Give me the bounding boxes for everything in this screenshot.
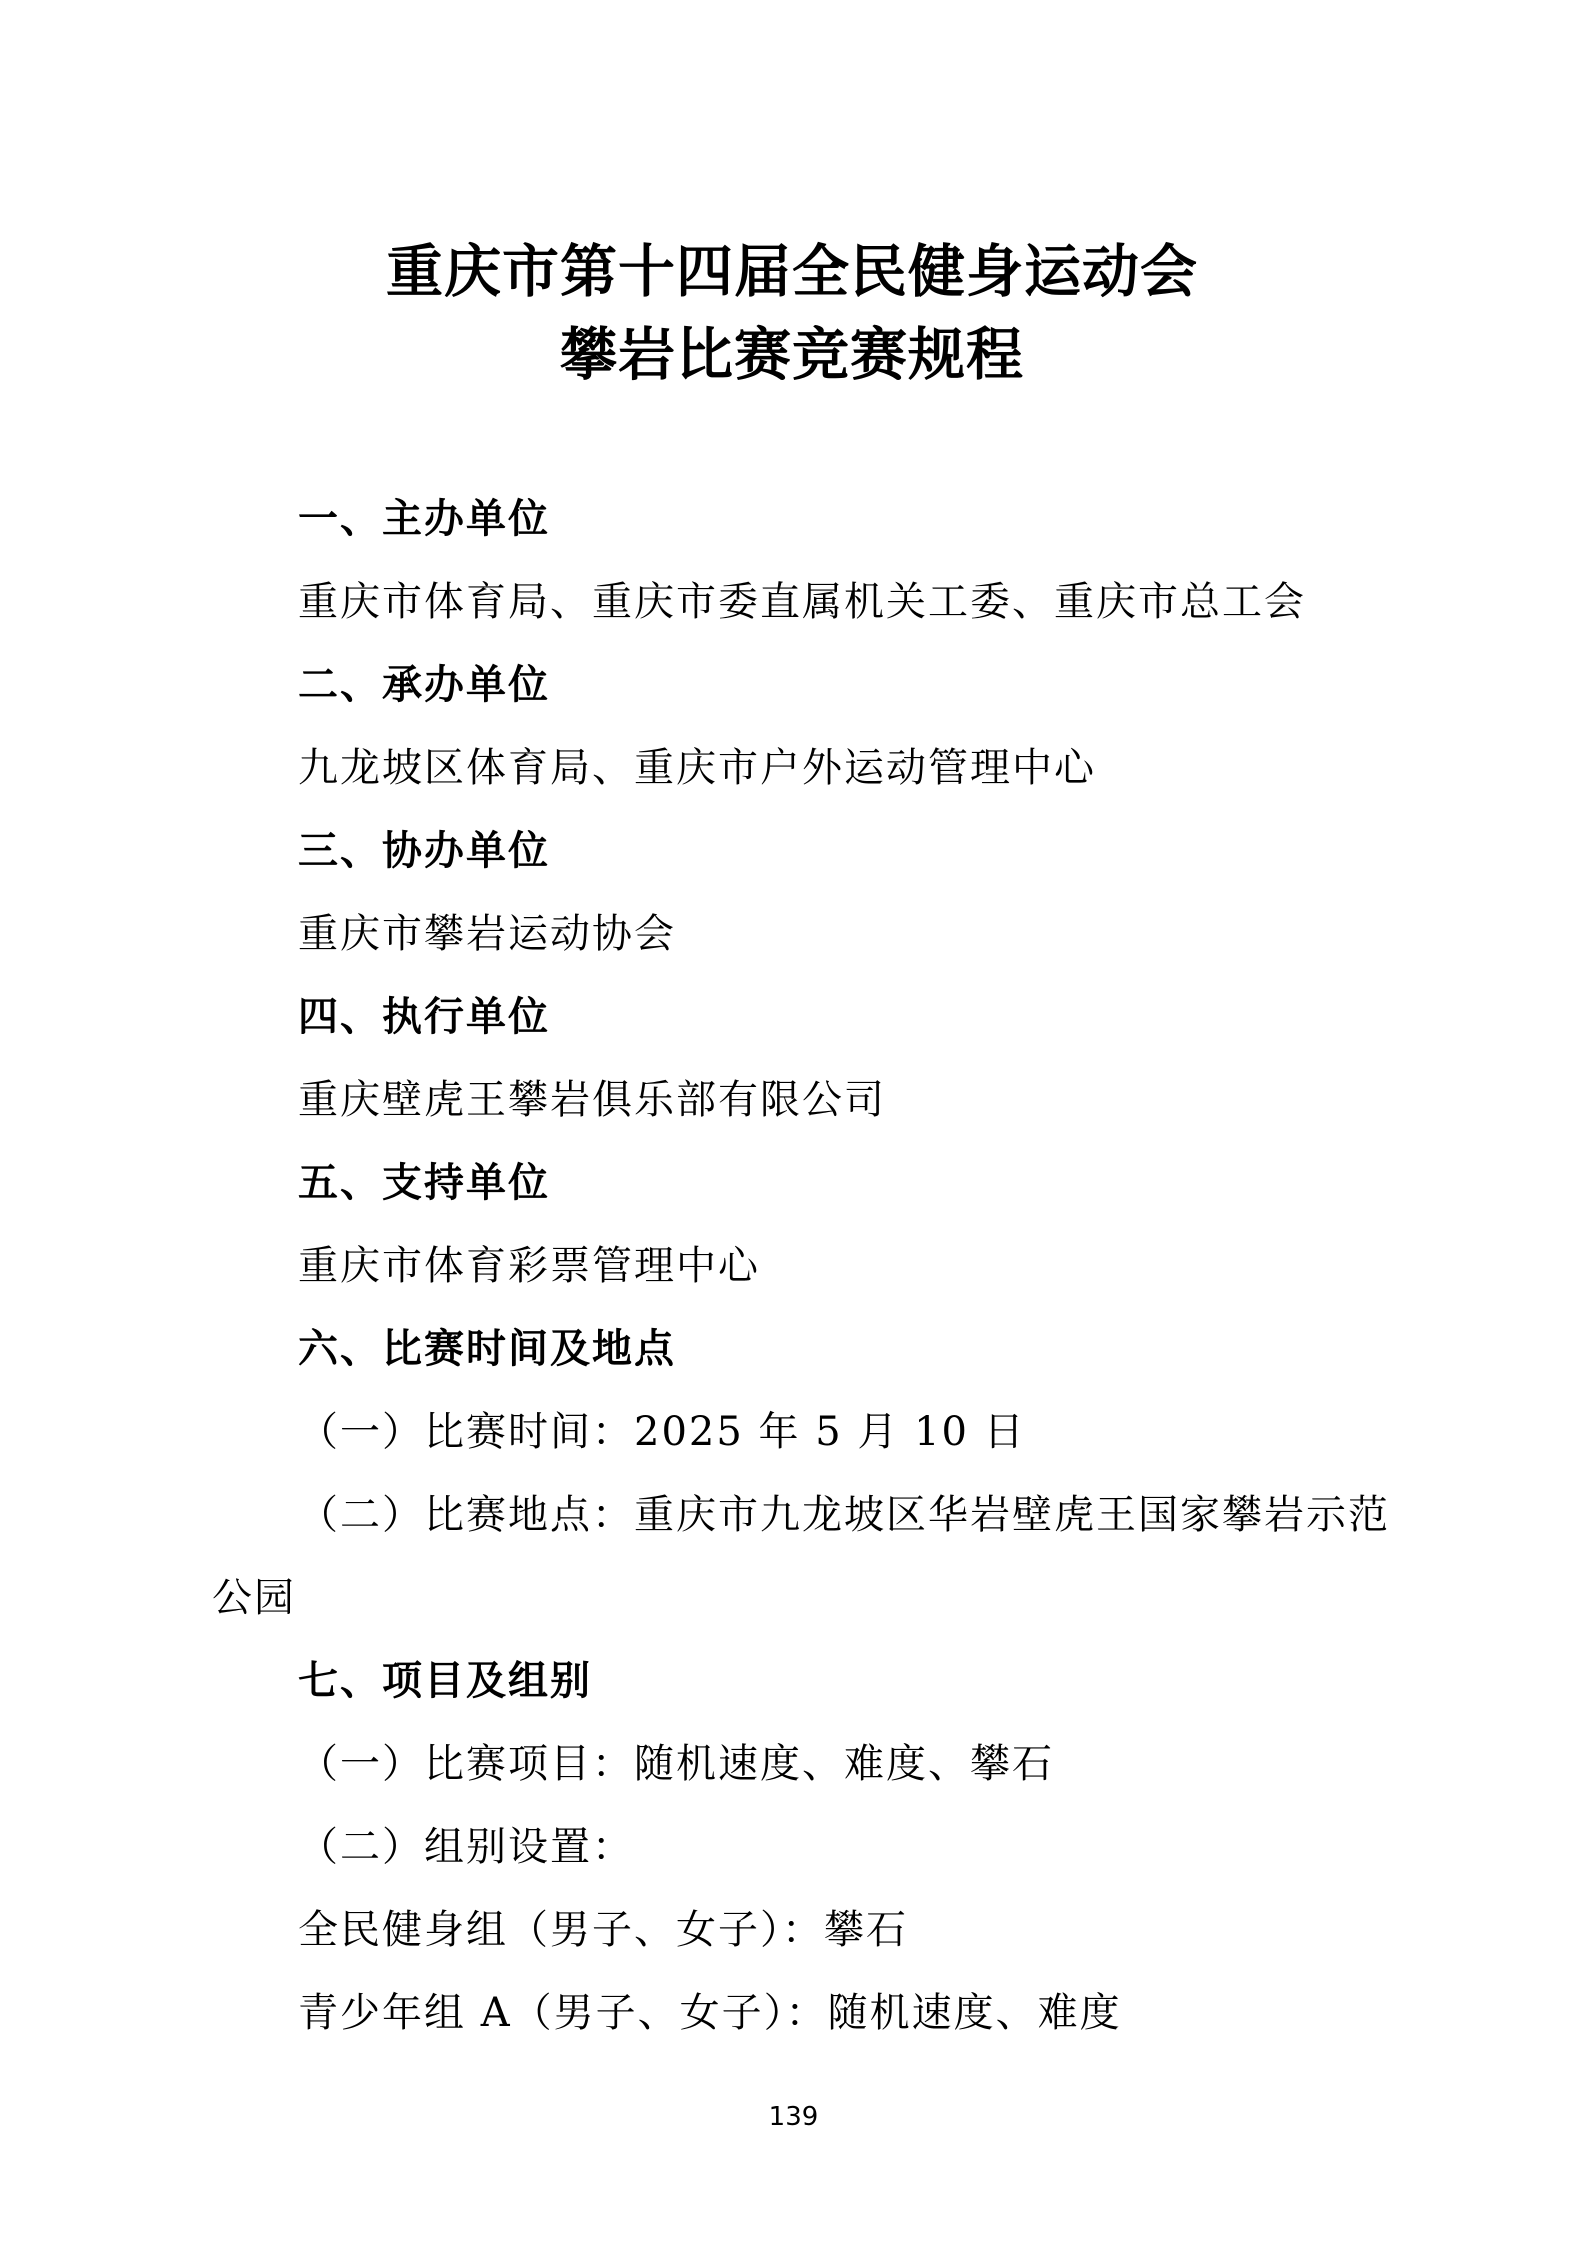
text-fitness-group: 全民健身组（男子、女子）：攀石 [212, 1889, 1372, 1972]
heading-host-unit: 一、主办单位 [212, 478, 1372, 561]
text-group-setup: （二）组别设置： [212, 1806, 1372, 1889]
heading-supporting-unit: 五、支持单位 [212, 1142, 1372, 1225]
text-co-organizer-unit: 重庆市攀岩运动协会 [212, 893, 1372, 976]
page-number: 139 [0, 2104, 1587, 2130]
heading-executing-unit: 四、执行单位 [212, 976, 1372, 1059]
text-competition-venue: （二）比赛地点：重庆市九龙坡区华岩壁虎王国家攀岩示范 [212, 1474, 1372, 1557]
document-title: 重庆市第十四届全民健身运动会 攀岩比赛竞赛规程 [212, 230, 1372, 396]
document-content: 重庆市第十四届全民健身运动会 攀岩比赛竞赛规程 一、主办单位 重庆市体育局、重庆… [0, 0, 1587, 2055]
text-youth-group-a: 青少年组 A（男子、女子）：随机速度、难度 [212, 1972, 1372, 2055]
text-undertaking-unit: 九龙坡区体育局、重庆市户外运动管理中心 [212, 727, 1372, 810]
text-competition-time: （一）比赛时间：2025 年 5 月 10 日 [212, 1391, 1372, 1474]
text-venue-continuation: 公园 [212, 1557, 1372, 1640]
text-competition-events: （一）比赛项目：随机速度、难度、攀石 [212, 1723, 1372, 1806]
title-line-1: 重庆市第十四届全民健身运动会 [212, 230, 1372, 313]
title-gap [212, 396, 1372, 478]
heading-events-and-groups: 七、项目及组别 [212, 1640, 1372, 1723]
document-page: 重庆市第十四届全民健身运动会 攀岩比赛竞赛规程 一、主办单位 重庆市体育局、重庆… [0, 0, 1587, 2245]
heading-co-organizer-unit: 三、协办单位 [212, 810, 1372, 893]
text-host-unit: 重庆市体育局、重庆市委直属机关工委、重庆市总工会 [212, 561, 1372, 644]
heading-undertaking-unit: 二、承办单位 [212, 644, 1372, 727]
title-line-2: 攀岩比赛竞赛规程 [212, 313, 1372, 396]
text-supporting-unit: 重庆市体育彩票管理中心 [212, 1225, 1372, 1308]
heading-time-and-venue: 六、比赛时间及地点 [212, 1308, 1372, 1391]
text-executing-unit: 重庆壁虎王攀岩俱乐部有限公司 [212, 1059, 1372, 1142]
